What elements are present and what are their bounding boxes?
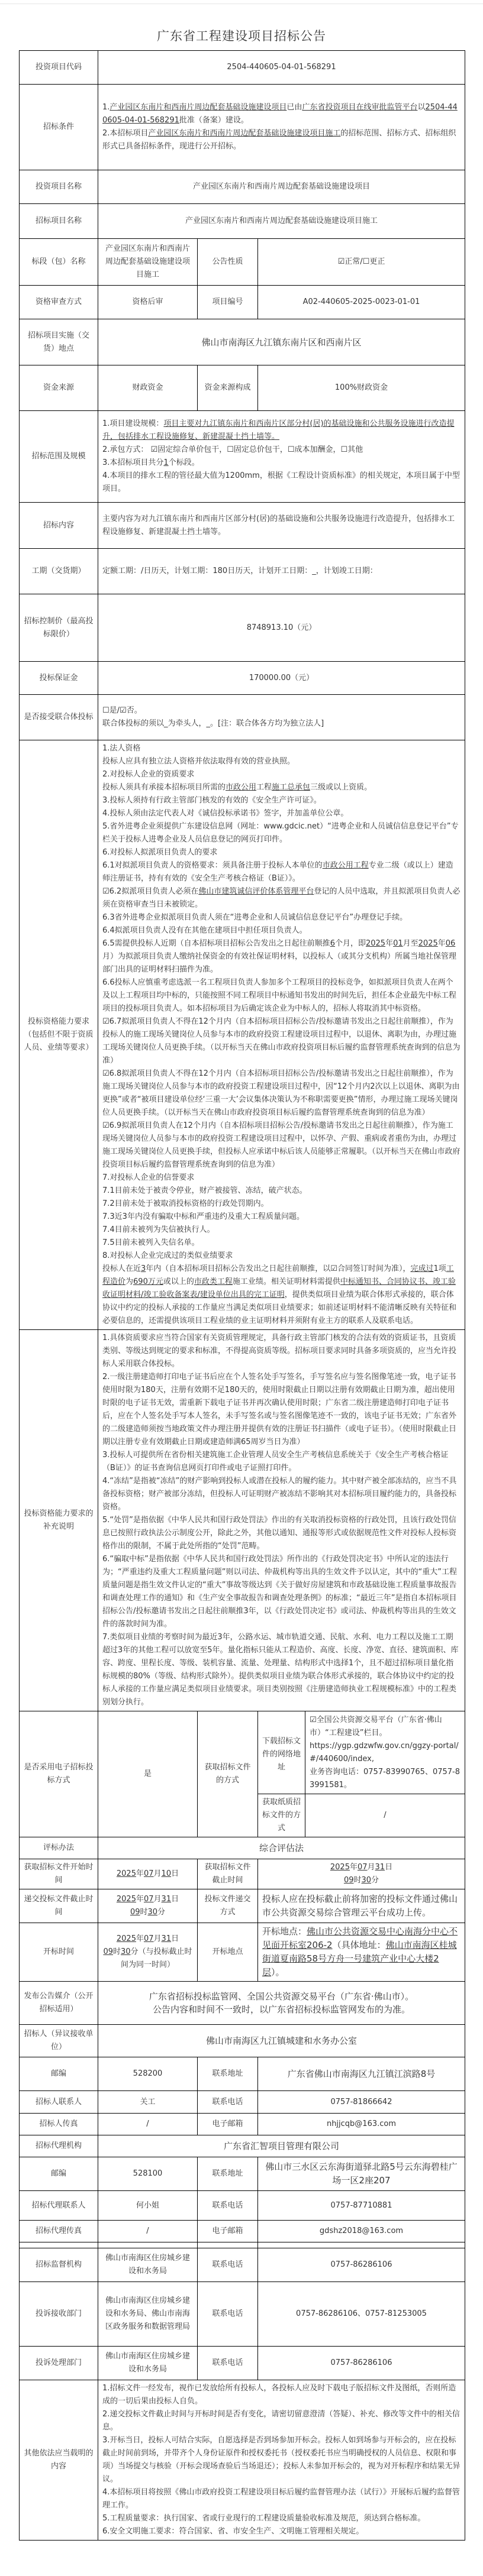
row-qualification: 投标资格能力要求（包括但不限于资质人员、业绩等要求） 1.法人资格投标人应具有独… — [20, 740, 465, 1330]
paragraph: 4.“冻结”是指被“冻结”的财产影响到投标人或潜在投标人的履约能力。其中财产被全… — [102, 1475, 461, 1514]
row-section: 标段（包）名称 产业园区东南片和西南片周边配套基础设施建设项目施工 公告性质 ☑… — [20, 239, 465, 286]
section-name-value: 产业园区东南片和西南片周边配套基础设施建设项目施工 — [98, 239, 198, 286]
paragraph: 7.3近3年内没有骗取中标和严重违约及重大工程质量问题。 — [102, 1211, 461, 1224]
paragraph: ☑6.2拟派项目负责人必须在佛山市建筑诚信评价体系管理平台登记的人员中选取，并且… — [102, 885, 461, 911]
row-submit: 递交投标文件截止时间 2025年07月31日 09时30分 投标文件递交方式 投… — [20, 1889, 465, 1923]
label-qualification: 投标资格能力要求（包括但不限于资质人员、业绩等要求） — [20, 740, 98, 1330]
label-obtain-end: 获取招标文件截止时间 — [198, 1859, 258, 1889]
label-evaluation: 评标办法 — [20, 1837, 98, 1859]
agency-phone-value: 0757-87710881 — [258, 2191, 465, 2221]
electronic-value: 是 — [98, 1711, 198, 1837]
fund-source-value: 财政资金 — [98, 365, 198, 411]
paragraph: 7.5目前未被列入失信名单。 — [102, 1237, 461, 1250]
opening-place-value: 开标地点：佛山市公共资源交易中心南海分中心不见面开标室206-2（具体地址：佛山… — [258, 1923, 465, 1982]
complaint-handle-phone-value: 0757-86286106 — [258, 2347, 465, 2380]
paragraph: 2.递交投标文件截止时间与开标时间是否有变化，请密切留意澄清（答疑）、补充、修改… — [102, 2408, 461, 2434]
paragraph: 3.投标人须持有行政主管部门核发的有效的《安全生产许可证》。 — [102, 794, 461, 807]
opening-time-date: 2025年07月31日 — [102, 1933, 193, 1946]
row-opening: 开标时间 2025年07月31日 09时30分（与投标截止时间为同一时间） 开标… — [20, 1923, 465, 1982]
label-tenderer-fax: 招标人传真 — [20, 2114, 98, 2135]
paragraph: 业务咨询电话：0757-83990765、0757-83991581。 — [310, 1766, 461, 1792]
agency-contact-value: 何小姐 — [98, 2191, 198, 2221]
label-agency: 招标代理机构 — [20, 2135, 98, 2157]
complaint-receive-phone-value: 0757-86286106、0757-81253005 — [258, 2282, 465, 2347]
submit-deadline-date: 2025年07月31日 — [102, 1893, 193, 1906]
scope-value: 1.项目建设规模：项目主要对九江镇东南片和西南片区部分村(居)的基础设施和公共服… — [98, 411, 465, 503]
bid-conditions-value: 1.产业园区东南片和西南片周边配套基础设施建设项目已由广东省投资项目在线审批监管… — [98, 85, 465, 170]
row-fund: 资金来源 财政资金 资金来源构成 100%财政资金 — [20, 365, 465, 411]
qualification-supplement-value: 1.具体资质要求应当符合国家有关资质管理规定，具备行政主管部门核发的合法有效的资… — [98, 1330, 465, 1711]
label-fund-source: 资金来源 — [20, 365, 98, 411]
label-scope: 招标范围及规模 — [20, 411, 98, 503]
top-divider — [0, 0, 483, 4]
label-opening-time: 开标时间 — [20, 1923, 98, 1982]
page-title: 广东省工程建设项目招标公告 — [0, 27, 483, 44]
label-investment-name: 投资项目名称 — [20, 170, 98, 204]
row-agency: 招标代理机构 广东省汇智项目管理有限公司 — [20, 2135, 465, 2157]
row-consortium: 是否接受联合体投标 ☐是/☑否。联合体投标的须以_为牵头人，_。[注：联合体各方… — [20, 695, 465, 740]
complaint-receive-value: 佛山市南海区住房城乡建设和水务局、佛山市南海区政务服务和数据管理局 — [98, 2282, 198, 2347]
label-agency-phone: 联系电话 — [198, 2191, 258, 2221]
agency-fax-value: / — [98, 2221, 198, 2242]
row-tenderer-fax: 招标人传真 / 电子邮箱 nhjjcqb@163.com — [20, 2114, 465, 2135]
row-electronic-download: 是否采用电子招标投标方式 是 获取招标文件的方式 下载招标文件的网络地址 ☑全国… — [20, 1711, 465, 1794]
row-complaint-handle: 投诉处理部门 佛山市南海区住房城乡建设和水务局 联系电话 0757-862861… — [20, 2347, 465, 2380]
paragraph: 6.“骗取中标”是指依据《中华人民共和国行政处罚法》所作出的《行政处罚决定书》中… — [102, 1553, 461, 1631]
label-media: 发布公告媒介（公开招标适用） — [20, 1982, 98, 2025]
evaluation-value: 综合评估法 — [98, 1837, 465, 1859]
row-location: 招标项目实施（交货）地点 佛山市南海区九江镇东南片区和西南片区 — [20, 319, 465, 365]
row-tenderer-contact: 招标人联系人 关工 联系电话 0757-81866642 — [20, 2091, 465, 2114]
label-complaint-handle-phone: 联系电话 — [198, 2347, 258, 2380]
investment-name-value: 产业园区东南片和西南片周边配套基础设施建设项目 — [98, 170, 465, 204]
label-obtain-start: 获取招标文件开始时间 — [20, 1859, 98, 1889]
paragraph: 3.开标当日，投标人可结合实际，自愿选择是否到场参加开标会。投标人如到场参与开标… — [102, 2434, 461, 2486]
label-investment-code: 投资项目代码 — [20, 51, 98, 85]
paragraph: 2.对投标人企业的资质要求 — [102, 768, 461, 781]
tenderer-postcode-value: 528200 — [98, 2057, 198, 2091]
label-complaint-receive: 投诉接收部门 — [20, 2282, 98, 2347]
paragraph: 6.对投标人拟派项目负责人的要求 — [102, 846, 461, 859]
label-tenderer: 招标人（异议接收单位） — [20, 2025, 98, 2057]
paragraph: ☑6.9拟派项目负责人在12个月内（自本招标项目招标公告/投标邀请书发出之日起往… — [102, 1119, 461, 1172]
media-value: 广东省招标投标监管网、全国公共资源交易平台（广东省·佛山市）。公告内容和时间不一… — [98, 1982, 465, 2025]
label-agency-email: 电子邮箱 — [198, 2221, 258, 2242]
label-content: 招标内容 — [20, 503, 98, 549]
label-obtain-method: 获取招标文件的方式 — [198, 1711, 258, 1837]
row-bid-bond: 投标保证金 170000.00（元） — [20, 662, 465, 695]
label-tenderer-postcode: 邮编 — [20, 2057, 98, 2091]
paragraph: 5.工程质量要求：执行国家、省或行业现行的工程建设质量验收标准及规范，须达到合格… — [102, 2512, 461, 2525]
paragraph: 5.“处罚”是指依据《中华人民共和国行政处罚法》作出的有关取消投标资格的行政处罚… — [102, 1514, 461, 1553]
row-other: 其他依法应当载明的内容 1.招标文件一经发布，视作已发放给所有投标人，各投标人应… — [20, 2380, 465, 2541]
paragraph: 6.3省外进粤企业拟派项目负责人须在“进粤企业和人员诚信信息登记平台”办理登记手… — [102, 911, 461, 924]
label-duration: 工期（交货期） — [20, 549, 98, 594]
bid-project-name-value: 产业园区东南片和西南片周边配套基础设施建设项目施工 — [98, 204, 465, 239]
label-download-url: 下载招标文件的网络地址 — [258, 1711, 305, 1794]
label-location: 招标项目实施（交货）地点 — [20, 319, 98, 365]
paragraph: 3.投标人可提供所在省份相关建筑施工企业管理人员安全生产考核信息系统关于《安全生… — [102, 1449, 461, 1475]
row-agency-postcode: 邮编 528100 联系地址 佛山市三水区云东海街道驿北路5号云东海碧桂广场一区… — [20, 2157, 465, 2191]
paragraph: 1.项目建设规模：项目主要对九江镇东南片和西南片区部分村(居)的基础设施和公共服… — [102, 418, 461, 444]
tenderer-phone-value: 0757-81866642 — [258, 2091, 465, 2114]
row-agency-contact: 招标代理联系人 何小姐 联系电话 0757-87710881 — [20, 2191, 465, 2221]
row-content: 招标内容 主要内容为对九江镇东南片和西南片区部分村(居)的基础设施和公共服务设施… — [20, 503, 465, 549]
paragraph: https://ygp.gdzwfw.gov.cn/ggzy-portal/#/… — [310, 1740, 461, 1766]
label-supervisor: 招标监督机构 — [20, 2248, 98, 2282]
tenderer-address-value: 广东省佛山市南海区九江镇江滨路8号 — [258, 2057, 465, 2091]
supervisor-value: 佛山市南海区住房城乡建设和水务局 — [98, 2248, 198, 2282]
paragraph: 6.安全文明施工要求：符合国家、省、市安全生产、文明施工管理相关规定。 — [102, 2525, 461, 2538]
row-scope: 招标范围及规模 1.项目建设规模：项目主要对九江镇东南片和西南片区部分村(居)的… — [20, 411, 465, 503]
row-media: 发布公告媒介（公开招标适用） 广东省招标投标监管网、全国公共资源交易平台（广东省… — [20, 1982, 465, 2025]
row-qualification-supplement: 投标资格能力要求的补充说明 1.具体资质要求应当符合国家有关资质管理规定，具备行… — [20, 1330, 465, 1711]
content-value: 主要内容为对九江镇东南片和西南片区部分村(居)的基础设施和公共服务设施进行改造提… — [98, 503, 465, 549]
control-price-value: 8748913.10（元） — [98, 594, 465, 662]
label-other: 其他依法应当载明的内容 — [20, 2380, 98, 2541]
obtain-end-value: 2025年07月31日 09时30分 — [258, 1859, 465, 1889]
label-agency-fax: 招标代理传真 — [20, 2221, 98, 2242]
paragraph: ☑全国公共资源交易平台（广东省·佛山市）“工程建设”栏目。 — [310, 1714, 461, 1740]
qualification-method-value: 资格后审 — [98, 286, 198, 319]
paragraph: 2.本招标项目产业园区东南片和西南片周边配套基础设施建设项目施工的招标范围、招标… — [102, 127, 461, 153]
submit-deadline-time: 09时30分 — [102, 1906, 193, 1919]
paragraph: 8.对投标人企业完成过的类似业绩要求 — [102, 1250, 461, 1263]
bottom-space — [0, 2541, 483, 2576]
label-project-number: 项目编号 — [198, 286, 258, 319]
paragraph: 联合体投标的须以_为牵头人，_。[注：联合体各方均为独立法人] — [102, 717, 461, 730]
paragraph: 7.2目前未处于被取消投标资格的行政处罚期内。 — [102, 1198, 461, 1211]
agency-email-value[interactable]: gdshz2018@163.com — [258, 2221, 465, 2242]
consortium-value: ☐是/☑否。联合体投标的须以_为牵头人，_。[注：联合体各方均为独立法人] — [98, 695, 465, 740]
label-fund-composition: 资金来源构成 — [198, 365, 258, 411]
paragraph: 6.5需提供投标人近期（自本招标项目招标公告发出之日起往前顺推6个月，即2025… — [102, 937, 461, 976]
agency-value: 广东省汇智项目管理有限公司 — [98, 2135, 465, 2157]
notice-nature-value: ☑正常/☐更正 — [258, 239, 465, 286]
label-bid-conditions: 招标条件 — [20, 85, 98, 170]
label-tenderer-address: 联系地址 — [198, 2057, 258, 2091]
row-complaint-receive: 投诉接收部门 佛山市南海区住房城乡建设和水务局、佛山市南海区政务服务和数据管理局… — [20, 2282, 465, 2347]
agency-address-value: 佛山市三水区云东海街道驿北路5号云东海碧桂广场一区2座207 — [258, 2157, 465, 2191]
label-tenderer-contact: 招标人联系人 — [20, 2091, 98, 2114]
label-agency-address: 联系地址 — [198, 2157, 258, 2191]
tenderer-email-value[interactable]: nhjjcqb@163.com — [258, 2114, 465, 2135]
row-tenderer-postcode: 邮编 528200 联系地址 广东省佛山市南海区九江镇江滨路8号 — [20, 2057, 465, 2091]
row-control-price: 招标控制价（最高投标限价） 8748913.10（元） — [20, 594, 465, 662]
paragraph: 1.法人资格 — [102, 742, 461, 755]
label-agency-postcode: 邮编 — [20, 2157, 98, 2191]
row-qualification-method: 资格审查方式 资格后审 项目编号 A02-440605-2025-0023-01… — [20, 286, 465, 319]
location-value: 佛山市南海区九江镇东南片区和西南片区 — [98, 319, 465, 365]
paragraph: 2.一级注册建造师打印电子证书后应在个人签名处手写签名，手写签名应与签名图像笔迹… — [102, 1371, 461, 1449]
row-obtain-time: 获取招标文件开始时间 2025年07月10日 获取招标文件截止时间 2025年0… — [20, 1859, 465, 1889]
paragraph: 投标人须具有承接本招标项目所需的市政公用工程施工总承包三级或以上资质。 — [102, 781, 461, 794]
label-submit-deadline: 递交投标文件截止时间 — [20, 1889, 98, 1923]
label-section-name: 标段（包）名称 — [20, 239, 98, 286]
paragraph: 4.投标人须由法定代表人对《诚信投标承诺书》签字，并加盖单位公章。 — [102, 807, 461, 820]
paper-method-value: / — [305, 1794, 465, 1837]
row-agency-fax: 招标代理传真 / 电子邮箱 gdshz2018@163.com — [20, 2221, 465, 2242]
submit-deadline-value: 2025年07月31日 09时30分 — [98, 1889, 198, 1923]
paragraph: 投标人在近3年内（自本招标项目招标公告发出之日起往前顺推，以☑合同签订时间为准）… — [102, 1263, 461, 1328]
label-bid-bond: 投标保证金 — [20, 662, 98, 695]
project-number-value: A02-440605-2025-0023-01-01 — [258, 286, 465, 319]
download-url-value[interactable]: ☑全国公共资源交易平台（广东省·佛山市）“工程建设”栏目。https://ygp… — [305, 1711, 465, 1794]
paragraph: 公告内容和时间不一致时，以广东省招标投标监管网发布的为准。 — [102, 2003, 461, 2016]
tenderer-fax-value: / — [98, 2114, 198, 2135]
row-supervisor: 招标监督机构 佛山市南海区住房城乡建设和水务局 联系电话 0757-862861… — [20, 2248, 465, 2282]
qualification-value: 1.法人资格投标人应具有独立法人资格并依法取得有效的营业执照。2.对投标人企业的… — [98, 740, 465, 1330]
label-supervisor-phone: 联系电话 — [198, 2248, 258, 2282]
label-bid-project-name: 招标项目名称 — [20, 204, 98, 239]
paragraph: 投标人应具有独立法人资格并依法取得有效的营业执照。 — [102, 755, 461, 768]
paragraph: 6.4拟派项目负责人没有在其他在建项目中担任项目负责人。 — [102, 924, 461, 937]
agency-postcode-value: 528100 — [98, 2157, 198, 2191]
paragraph: ☐是/☑否。 — [102, 704, 461, 717]
supervisor-phone-value: 0757-86286106 — [258, 2248, 465, 2282]
paragraph: 7.对投标人企业的信誉要求 — [102, 1172, 461, 1185]
label-electronic: 是否采用电子招标投标方式 — [20, 1711, 98, 1837]
label-notice-nature: 公告性质 — [198, 239, 258, 286]
row-bid-conditions: 招标条件 1.产业园区东南片和西南片周边配套基础设施建设项目已由广东省投资项目在… — [20, 85, 465, 170]
obtain-end-time: 09时30分 — [262, 1874, 461, 1887]
paragraph: 1.产业园区东南片和西南片周边配套基础设施建设项目已由广东省投资项目在线审批监管… — [102, 101, 461, 127]
paragraph: ☑6.8拟派项目负责人不得在12个月内（自本招标项目招标公告/投标邀请书发出之日… — [102, 1067, 461, 1119]
obtain-end-date: 2025年07月31日 — [262, 1861, 461, 1874]
label-tenderer-email: 电子邮箱 — [198, 2114, 258, 2135]
label-consortium: 是否接受联合体投标 — [20, 695, 98, 740]
paragraph: 2.承包方式： ☑固定综合单价包干，☐固定总价包干，☐成本加酬金，☐其他 — [102, 444, 461, 457]
bid-bond-value: 170000.00（元） — [98, 662, 465, 695]
label-paper-method: 获取纸质招标文件的方式 — [258, 1794, 305, 1837]
row-bid-project-name: 招标项目名称 产业园区东南片和西南片周边配套基础设施建设项目施工 — [20, 204, 465, 239]
row-tenderer: 招标人（异议接收单位） 佛山市南海区九江镇城建和水务办公室 — [20, 2025, 465, 2057]
submit-method-value: 投标人应在投标截止前将加密的投标文件通过佛山市公共资源交易综合管理云平台成功上传… — [258, 1889, 465, 1923]
label-submit-method: 投标文件递交方式 — [198, 1889, 258, 1923]
row-spacer — [20, 2242, 465, 2248]
row-duration: 工期（交货期） 定额工期：/日历天，计划工期：180日历天，计划开工日期：_，计… — [20, 549, 465, 594]
label-agency-contact: 招标代理联系人 — [20, 2191, 98, 2221]
investment-code-value: 2504-440605-04-01-568291 — [98, 51, 465, 85]
paragraph: 6.1对拟派项目负责人的资格要求：须具备注册于投标人本单位的市政公用工程专业二级… — [102, 859, 461, 885]
row-investment-name: 投资项目名称 产业园区东南片和西南片周边配套基础设施建设项目 — [20, 170, 465, 204]
complaint-handle-value: 佛山市南海区住房城乡建设和水务局 — [98, 2347, 198, 2380]
paragraph: 7.1目前未处于被责令停业，财产被接管、冻结，破产状态。 — [102, 1185, 461, 1198]
obtain-start-value: 2025年07月10日 — [98, 1859, 198, 1889]
paragraph: ☑6.7拟派项目负责人不得在12个月内（自本招标项目招标公告/投标邀请书发出之日… — [102, 1015, 461, 1067]
fund-composition-value: 100%财政资金 — [258, 365, 465, 411]
paragraph: 4.本项目的排水工程的管径最大值为1200mm，根据《工程设计资质标准》的相关规… — [102, 470, 461, 496]
label-tenderer-phone: 联系电话 — [198, 2091, 258, 2114]
label-complaint-receive-phone: 联系电话 — [198, 2282, 258, 2347]
notice-table: 投资项目代码 2504-440605-04-01-568291 招标条件 1.产… — [19, 50, 465, 2541]
label-qualification-supplement: 投标资格能力要求的补充说明 — [20, 1330, 98, 1711]
tenderer-contact-value: 关工 — [98, 2091, 198, 2114]
duration-value: 定额工期：/日历天，计划工期：180日历天，计划开工日期：_，计划竣工日期： — [98, 549, 465, 594]
row-evaluation: 评标办法 综合评估法 — [20, 1837, 465, 1859]
paragraph: 7.类似项目业绩的考察时间为最近3年，公路水运、城市轨道交通、民航、水利、电力工… — [102, 1631, 461, 1709]
paragraph: 7.4目前未被列为失信被执行人。 — [102, 1224, 461, 1237]
paragraph: 6.6投标人应慎重考虑选派一名工程项目负责人参加多个工程项目的投标竞争，如拟派项… — [102, 976, 461, 1015]
paragraph: 3.本招标项目共分1个标段。 — [102, 457, 461, 470]
label-opening-place: 开标地点 — [198, 1923, 258, 1982]
label-qualification-method: 资格审查方式 — [20, 286, 98, 319]
label-complaint-handle: 投诉处理部门 — [20, 2347, 98, 2380]
paragraph: 5.省外进粤企业须提供广东建设信息网（网址：www.gdcic.net）“进粤企… — [102, 820, 461, 846]
label-control-price: 招标控制价（最高投标限价） — [20, 594, 98, 662]
row-investment-code: 投资项目代码 2504-440605-04-01-568291 — [20, 51, 465, 85]
paragraph: 4.本招标项目将按照《佛山市政府投资工程建设项目标后履约监督管理办法（试行）》开… — [102, 2486, 461, 2512]
paragraph: 1.招标文件一经发布，视作已发放给所有投标人，各投标人应及时下载电子版招标文件及… — [102, 2382, 461, 2408]
paragraph: 广东省招标投标监管网、全国公共资源交易平台（广东省·佛山市）。 — [102, 1990, 461, 2003]
opening-time-rest: 09时30分（与投标截止时间为同一时间） — [102, 1946, 193, 1972]
opening-time-value: 2025年07月31日 09时30分（与投标截止时间为同一时间） — [98, 1923, 198, 1982]
other-value: 1.招标文件一经发布，视作已发放给所有投标人，各投标人应及时下载电子版招标文件及… — [98, 2380, 465, 2541]
paragraph: 1.具体资质要求应当符合国家有关资质管理规定，具备行政主管部门核发的合法有效的资… — [102, 1332, 461, 1371]
tenderer-value: 佛山市南海区九江镇城建和水务办公室 — [98, 2025, 465, 2057]
